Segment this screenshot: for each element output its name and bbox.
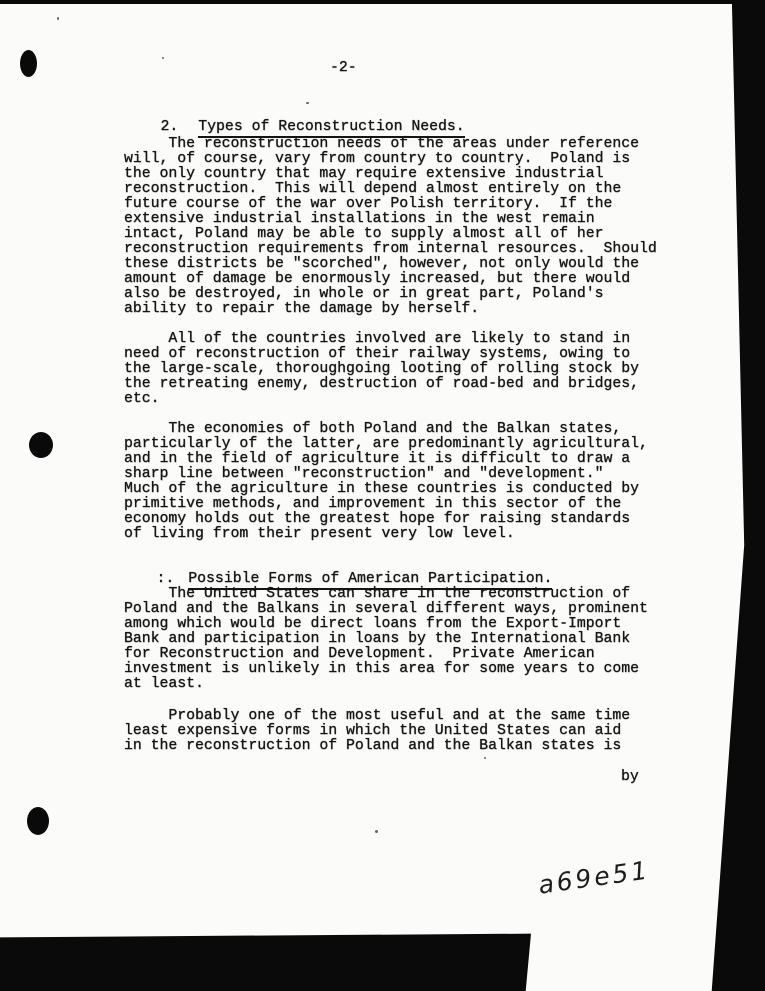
- page-number: -2-: [330, 61, 357, 76]
- scan-edge-right: [700, 0, 765, 991]
- scan-edge-bottom: [0, 930, 531, 991]
- scan-edge-top: [0, 0, 765, 4]
- ink-speck: [162, 57, 164, 59]
- paragraph: The reconstruction needs of the areas un…: [124, 137, 657, 317]
- hole-punch-bottom: [27, 807, 49, 835]
- paragraph: All of the countries involved are likely…: [124, 332, 639, 407]
- scanned-document-page: -2- 2.Types of Reconstruction Needs. The…: [0, 0, 765, 991]
- paragraph: The United States can share in the recon…: [124, 587, 648, 692]
- continuation-word: by: [621, 770, 639, 785]
- section-number: :.: [157, 572, 175, 587]
- hole-punch-top: [20, 50, 37, 77]
- section-number: 2.: [161, 120, 179, 135]
- ink-speck: [375, 830, 378, 833]
- ink-speck: [57, 17, 59, 20]
- paragraph: The economies of both Poland and the Bal…: [124, 422, 648, 542]
- handwritten-code: a69e51: [537, 855, 652, 899]
- ink-speck: [484, 757, 486, 759]
- ink-speck: [306, 102, 309, 104]
- paragraph: Probably one of the most useful and at t…: [124, 709, 630, 754]
- hole-punch-middle: [29, 432, 53, 458]
